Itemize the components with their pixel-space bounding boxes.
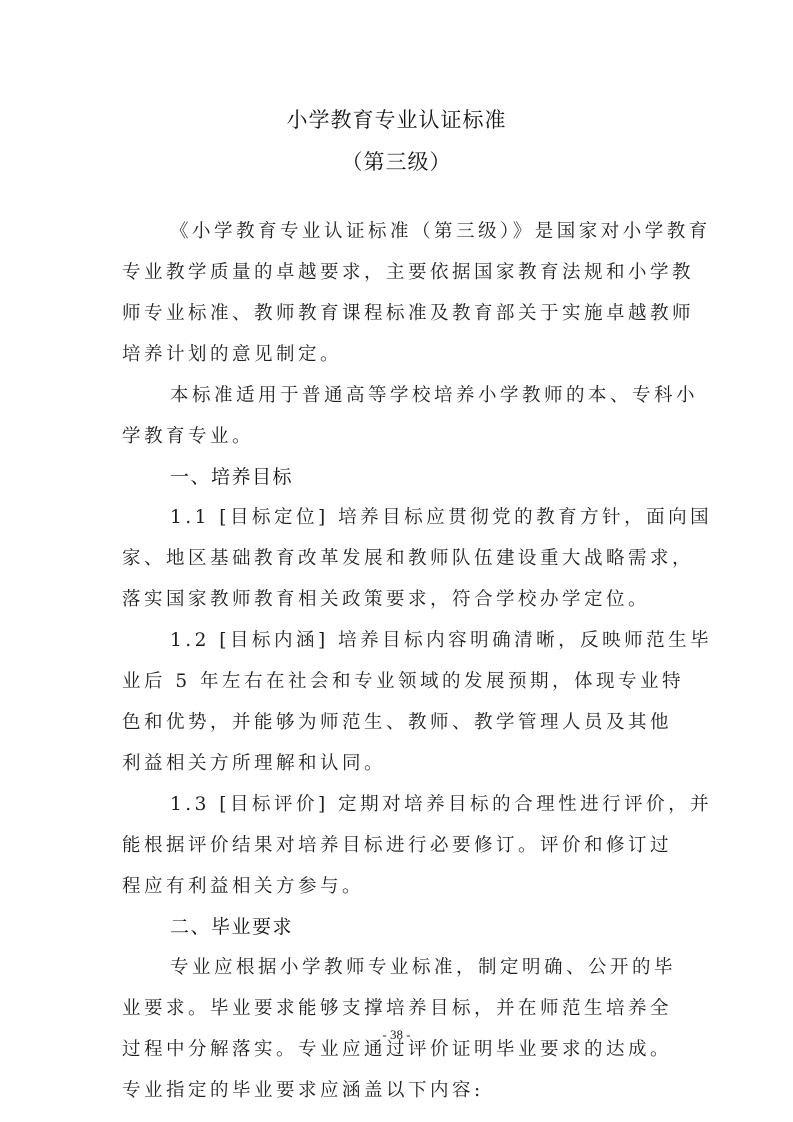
item-1-3-line-1: 1.3 [目标评价] 定期对培养目标的合理性进行评价，并: [170, 790, 712, 816]
intro-line-1: 《小学教育专业认证标准（第三级）》是国家对小学教育: [170, 217, 711, 243]
item-1-2-line-2: 业后 5 年左右在社会和专业领域的发展预期，体现专业特: [122, 667, 684, 693]
item-1-2-line-3: 色和优势，并能够为师范生、教师、教学管理人员及其他: [122, 708, 672, 734]
section-heading-training-goals: 一、培养目标: [170, 462, 293, 489]
section2-line-4: 专业指定的毕业要求应涵盖以下内容:: [122, 1076, 484, 1102]
item-1-3-line-2: 能根据评价结果对培养目标进行必要修订。评价和修订过: [122, 831, 672, 857]
intro-line-3: 师专业标准、教师教育课程标准及教育部关于实施卓越教师: [122, 299, 694, 325]
scope-line-1: 本标准适用于普通高等学校培养小学教师的本、专科小: [170, 381, 698, 407]
item-1-3-line-3: 程应有利益相关方参与。: [122, 872, 364, 898]
item-1-2-line-1: 1.2 [目标内涵] 培养目标内容明确清晰，反映师范生毕: [170, 626, 712, 652]
item-1-1-line-2: 家、地区基础教育改革发展和教师队伍建设重大战略需求，: [122, 544, 694, 570]
section2-line-2: 业要求。毕业要求能够支撑培养目标，并在师范生培养全: [122, 994, 672, 1020]
item-1-1-line-3: 落实国家教师教育相关政策要求，符合学校办学定位。: [122, 585, 650, 611]
intro-line-4: 培养计划的意见制定。: [122, 340, 342, 366]
scope-line-2: 学教育专业。: [122, 422, 254, 448]
document-page: 小学教育专业认证标准 （第三级） 《小学教育专业认证标准（第三级）》是国家对小学…: [0, 0, 793, 1122]
document-subtitle: （第三级）: [0, 146, 793, 176]
section-heading-graduation-requirements: 二、毕业要求: [170, 912, 293, 939]
document-title: 小学教育专业认证标准: [0, 104, 793, 134]
section2-line-1: 专业应根据小学教师专业标准，制定明确、公开的毕: [170, 953, 676, 979]
page-number: - 38 -: [0, 1027, 793, 1043]
item-1-1-line-1: 1.1 [目标定位] 培养目标应贯彻党的教育方针，面向国: [170, 503, 712, 529]
item-1-2-line-4: 利益相关方所理解和认同。: [122, 749, 386, 775]
intro-line-2: 专业教学质量的卓越要求，主要依据国家教育法规和小学教: [122, 258, 694, 284]
